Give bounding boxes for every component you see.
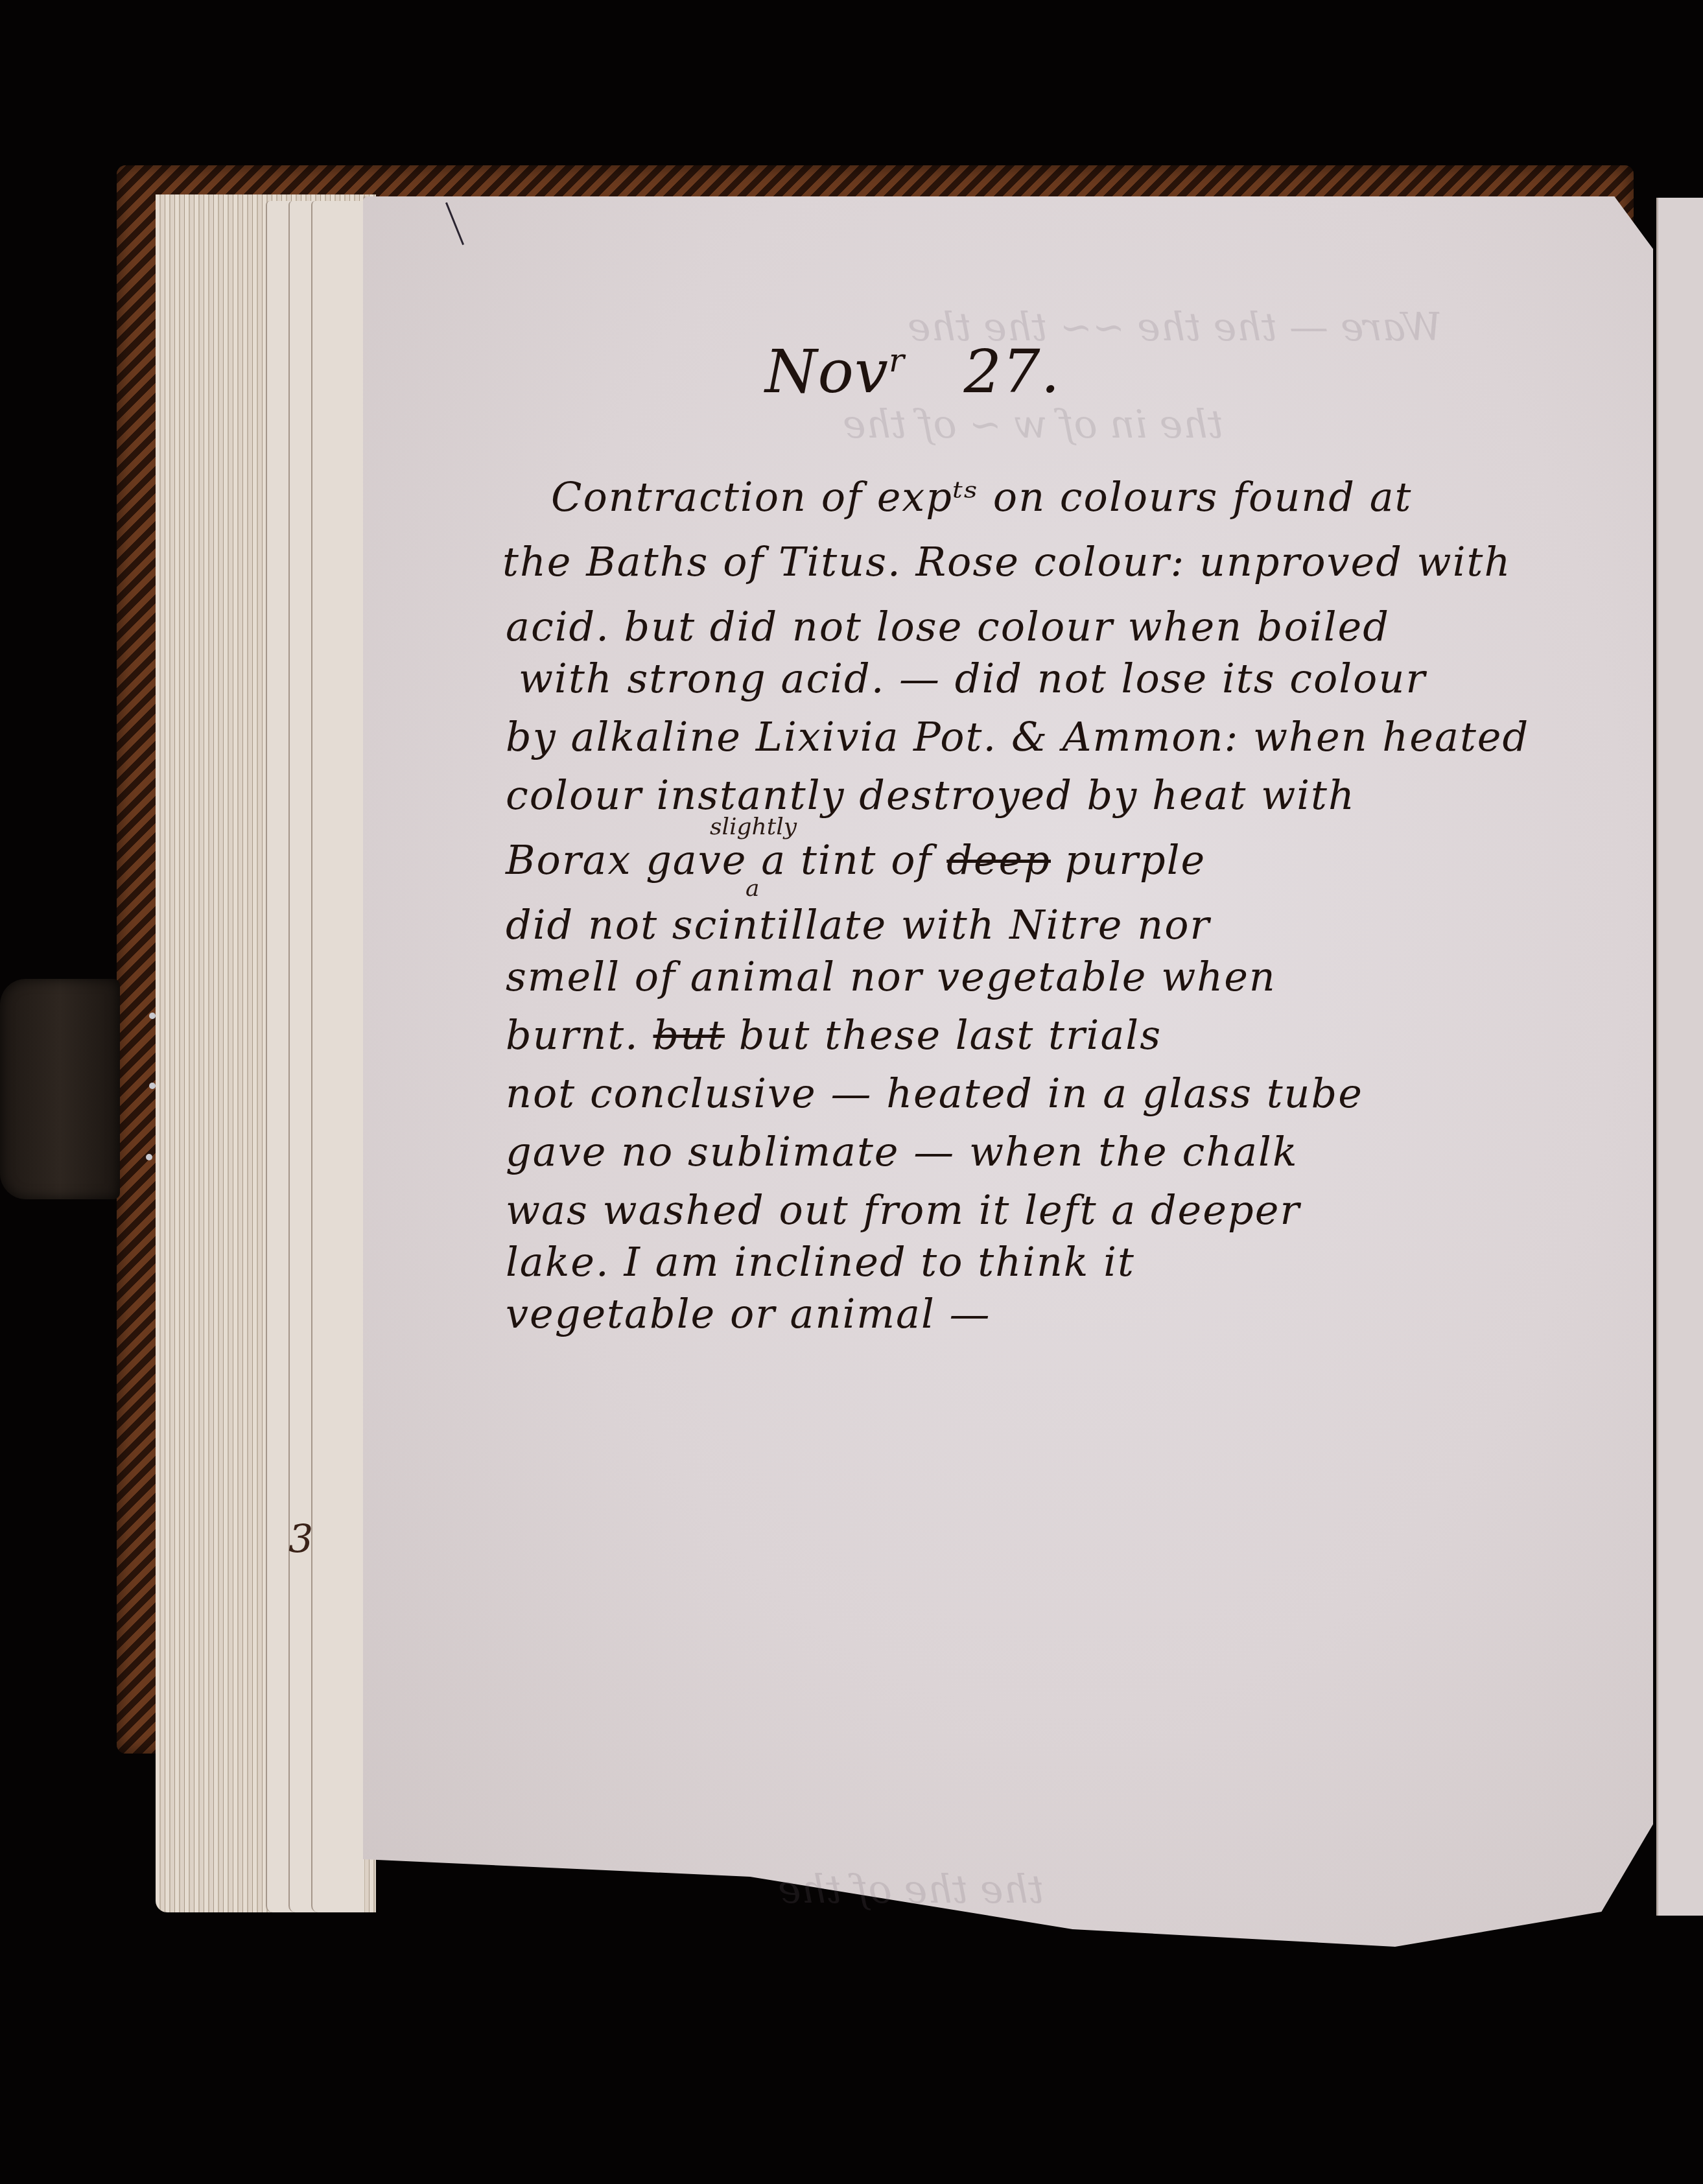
line-10-tail: but these last trials bbox=[739, 1011, 1162, 1059]
struck-word: deep bbox=[946, 836, 1051, 884]
date-month: Nov bbox=[765, 337, 889, 406]
text-line-14: lake. I am inclined to think it bbox=[506, 1238, 1135, 1286]
line-7-text: Borax gave a tint of bbox=[506, 836, 933, 884]
struck-word: but bbox=[653, 1011, 725, 1059]
book-clasp bbox=[0, 979, 120, 1199]
date-day: 27. bbox=[964, 337, 1061, 406]
text-line-4: with strong acid. — did not lose its col… bbox=[519, 655, 1426, 702]
clasp-rivet bbox=[149, 1013, 156, 1019]
text-line-9: smell of animal nor vegetable when bbox=[506, 953, 1276, 1000]
line-7-tail: purple bbox=[1065, 836, 1206, 884]
show-through-text: the in of w ~ of the bbox=[843, 402, 1223, 447]
text-line-3: acid. but did not lose colour when boile… bbox=[506, 603, 1390, 650]
text-line-6: colour instantly destroyed by heat with bbox=[506, 771, 1356, 819]
text-line-11: not conclusive — heated in a glass tube bbox=[506, 1070, 1363, 1117]
date-month-suffix: r bbox=[889, 342, 905, 379]
text-line-13: was washed out from it left a deeper bbox=[506, 1186, 1300, 1234]
text-line-2: the Baths of Titus. Rose colour: unprove… bbox=[502, 538, 1511, 585]
text-line-5: by alkaline Lixivia Pot. & Ammon: when h… bbox=[506, 713, 1529, 760]
text-line-12: gave no sublimate — when the chalk bbox=[506, 1128, 1298, 1175]
text-line-15: vegetable or animal — bbox=[506, 1290, 991, 1337]
caret-insertion: a bbox=[746, 875, 759, 902]
line-10-text: burnt. bbox=[506, 1011, 639, 1059]
clasp-rivet bbox=[149, 1083, 156, 1089]
clasp-rivet bbox=[146, 1154, 152, 1160]
manuscript-photo: Ware — the the ~~ the the the in of w ~ … bbox=[0, 0, 1703, 2184]
facing-page-edge bbox=[1656, 198, 1703, 1916]
entry-date-heading: Novr 27. bbox=[765, 337, 1061, 406]
text-line-1: Contraction of expᵗˢ on colours found at bbox=[551, 473, 1413, 521]
stack-sheet bbox=[311, 201, 364, 1912]
text-line-8: did not scintillate with Nitre nor bbox=[506, 901, 1210, 948]
margin-mark: 3 bbox=[288, 1517, 313, 1562]
show-through-text: the the of the bbox=[778, 1867, 1044, 1912]
text-line-10: burnt. but but these last trials bbox=[506, 1011, 1162, 1059]
text-line-7: Borax gave a tint of deep purple bbox=[506, 836, 1206, 884]
